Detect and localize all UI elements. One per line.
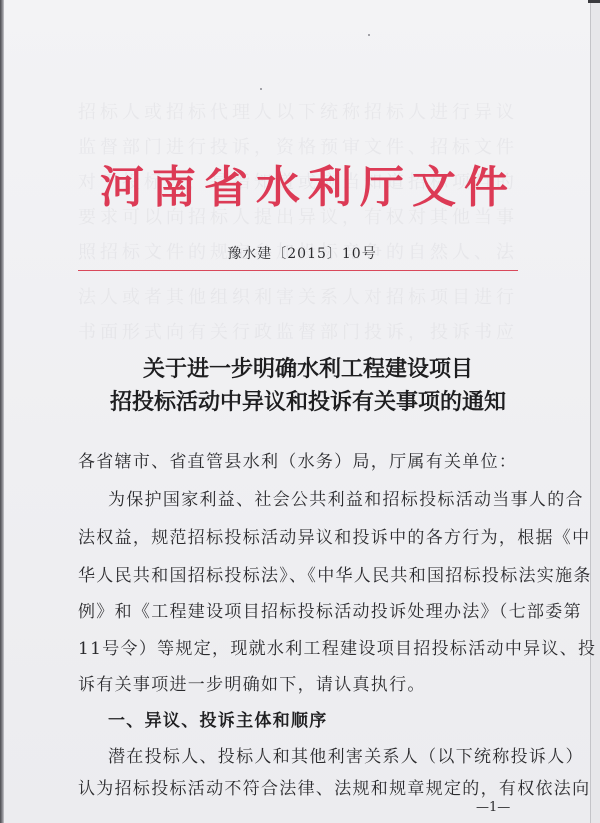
scanned-page: 招标人或招标代理人以下统称招标人进行异议，向有关行政 监督部门进行投诉，资格预审… [0,0,600,823]
body-paragraph-line: 法权益，规范招标投标活动异议和投诉中的各方行为，根据《中 [78,523,548,553]
body-paragraph-line: 例》和《工程建设项目招标投标活动投诉处理办法》（七部委第 [78,597,548,627]
body-paragraph-line: 华人民共和国招标投标法》、《中华人民共和国招标投标法实施条 [78,561,548,591]
scan-speck [188,461,190,463]
section-heading: 一、异议、投诉主体和顺序 [108,706,578,736]
addressee: 各省辖市、省直管县水利（水务）局，厅属有关单位： [78,447,548,477]
body-paragraph-line: 11号令）等规定，现就水利工程建设项目招投标活动中异议、投 [78,634,548,664]
scan-speck [368,34,370,36]
bleed-through-line: 法人或者其他组织利害关系人对招标项目进行投诉的，应当提 [78,278,518,318]
bleed-through-line: 书面形式向有关行政监督部门投诉，投诉书应当包括下列内容 [78,313,518,353]
notice-title-line-2: 招投标活动中异议和投诉有关事项的通知 [0,385,600,419]
red-divider-line [78,270,518,271]
document-number: 豫水建〔2015〕10号 [0,243,600,263]
scan-top-corner [588,0,600,3]
scan-speck [260,88,262,90]
body-paragraph-line: 为保护国家利益、社会公共利益和招标投标活动当事人的合 [108,485,578,515]
page-number: —1— [476,800,510,815]
section-paragraph-line: 潜在投标人、投标人和其他利害关系人（以下统称投诉人） [108,742,578,772]
body-paragraph-line: 诉有关事项进一步明确如下，请认真执行。 [78,670,548,700]
notice-title-line-1: 关于进一步明确水利工程建设项目 [0,352,600,386]
bleed-through-line: 招标人或招标代理人以下统称招标人进行异议，向有关行政 [78,93,518,133]
issuer-header: 河南省水利厅文件 [100,158,500,218]
